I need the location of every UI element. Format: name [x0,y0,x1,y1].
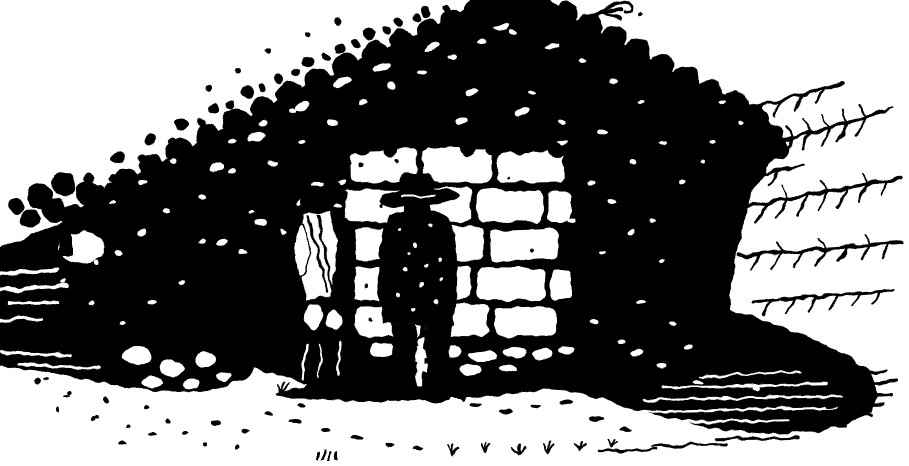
illustration-canvas: Woodcut engraving: two figures beside a … [0,0,909,466]
figure-left-hat-highlight [312,182,324,187]
wall-blocks [344,147,571,336]
figure-left-breech-highlight [304,304,322,330]
chimney-silhouette [60,226,72,256]
figure-left-sleeve [295,224,309,276]
figures-ground-shadow [277,385,467,401]
figure-right-leg-gap [417,338,424,386]
figure-right-body [379,211,457,326]
stone-cluster: Cluster of rounded stones on the ground … [102,340,254,392]
figure-right-leg [426,324,451,396]
engraving-illustration: Woodcut engraving: two figures beside a … [0,0,909,466]
figure-right-leg [392,324,416,392]
